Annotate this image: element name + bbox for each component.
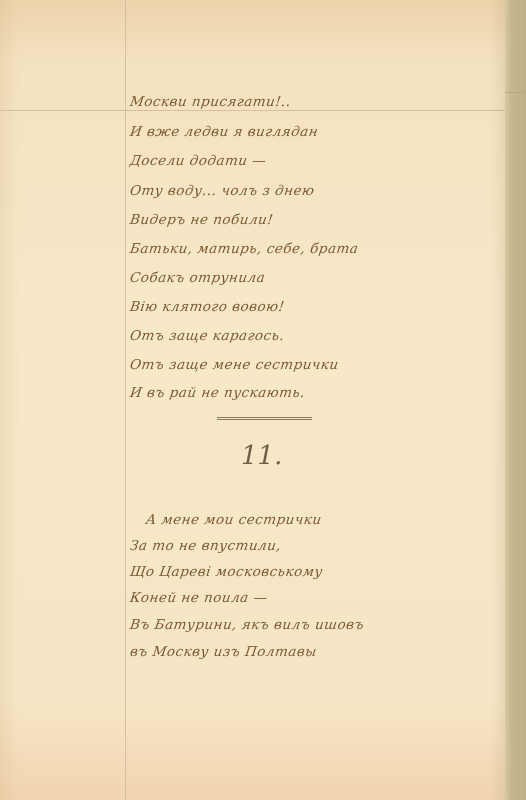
verse-line: Батьки, матирь, себе, брата: [129, 241, 360, 257]
verse-line: Отъ заще карагось.: [129, 328, 286, 344]
verse-line: Коней не поила —: [129, 590, 269, 606]
verse-line: Досели додати —: [129, 153, 268, 169]
adjacent-page-edge: [505, 0, 526, 800]
verse-line: И вже ледви я виглядан: [129, 124, 319, 140]
verse-line: Що Царевi московському: [129, 564, 324, 580]
verse-line: За то не впустили,: [129, 538, 282, 554]
section-number: 11.: [241, 441, 282, 471]
verse-line: Оту воду... чолъ з днею: [129, 183, 316, 199]
verse-line: Отъ заще мене сестрички: [129, 357, 340, 373]
manuscript-page: Москви присягати!.. И вже ледви я вигляд…: [0, 0, 526, 800]
verse-line: Москви присягати!..: [129, 94, 292, 110]
verse-line: Въ Батурини, якъ вилъ ишовъ: [129, 617, 365, 633]
margin-rule-horizontal: [0, 110, 505, 111]
verse-line: Видеръ не побили!: [129, 212, 274, 228]
verse-line: Вiю клятого вовою!: [129, 299, 286, 315]
section-divider: [217, 417, 312, 420]
verse-line: И въ рай не пускають.: [129, 385, 306, 401]
verse-line: въ Москву изъ Полтавы: [129, 644, 318, 660]
margin-rule-vertical: [125, 0, 126, 800]
adjacent-page-rule: [505, 92, 526, 93]
verse-line: А мене мои сестрички: [145, 512, 323, 528]
page-shadow: [490, 0, 506, 800]
verse-line: Собакъ отрунила: [129, 270, 266, 286]
